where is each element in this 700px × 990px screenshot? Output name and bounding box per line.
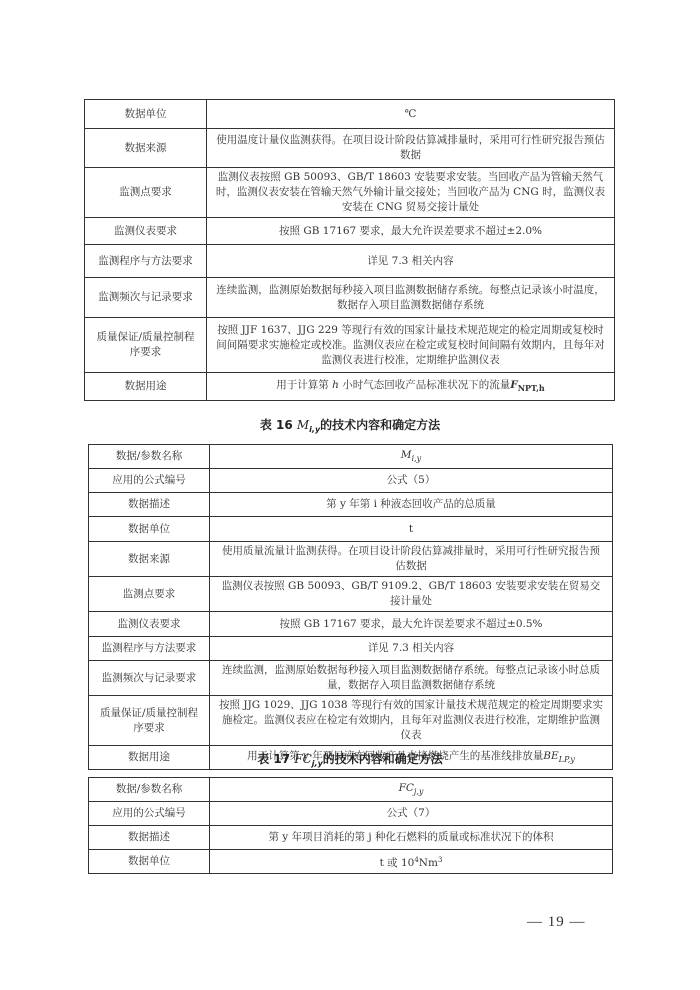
- row-label: 数据/参数名称: [89, 778, 210, 802]
- symbol-m-subscript: i,y: [412, 454, 422, 463]
- row-value: t: [210, 517, 613, 542]
- row-label: 数据描述: [89, 826, 210, 850]
- row-value: Mi,y: [210, 445, 613, 469]
- row-value: 使用质量流量计监测获得。在项目设计阶段估算减排量时，采用可行性研究报告预估数据: [210, 542, 613, 577]
- row-value: FCj,y: [210, 778, 613, 802]
- row-label: 应用的公式编号: [89, 469, 210, 493]
- caption-suffix: 的技术内容和确定方法: [323, 752, 443, 766]
- row-value: 用于计算第 h 小时气态回收产品标准状况下的流量FNPT,h: [207, 373, 615, 401]
- table-row: 数据描述 第 y 年第 i 种液态回收产品的总质量: [89, 493, 613, 517]
- row-value: 公式（7）: [210, 802, 613, 826]
- row-label: 数据来源: [89, 542, 210, 577]
- row-label: 监测程序与方法要求: [89, 637, 210, 661]
- row-label: 数据描述: [89, 493, 210, 517]
- table-row: 监测点要求 监测仪表按照 GB 50093、GB/T 18603 安装要求安装。…: [85, 168, 615, 218]
- row-value: 连续监测，监测原始数据每秒接入项目监测数据储存系统。每整点记录该小时总质量，数据…: [210, 661, 613, 696]
- table-row: 监测程序与方法要求 详见 7.3 相关内容: [85, 245, 615, 278]
- symbol-f-subscript: NPT,h: [518, 383, 545, 393]
- row-label: 质量保证/质量控制程序要求: [89, 696, 210, 746]
- unit-exponent-2: 3: [438, 856, 442, 864]
- row-value: 按照 GB 17167 要求，最大允许误差要求不超过±2.0%: [207, 218, 615, 245]
- row-label: 数据单位: [89, 517, 210, 542]
- usage-text-prefix: 用于计算第: [276, 379, 332, 391]
- row-value: 使用温度计量仪监测获得。在项目设计阶段估算减排量时，采用可行性研究报告预估数据: [207, 129, 615, 168]
- caption-symbol-subscript: j,y: [312, 759, 323, 768]
- row-label: 监测频次与记录要求: [89, 661, 210, 696]
- table-17-caption: 表 17 FCj,y的技术内容和确定方法: [0, 750, 700, 768]
- table-17: 数据/参数名称 FCj,y 应用的公式编号 公式（7） 数据描述 第 y 年项目…: [88, 777, 613, 874]
- symbol-fc-subscript: j,y: [414, 787, 424, 796]
- row-label: 数据单位: [89, 850, 210, 874]
- row-value: 公式（5）: [210, 469, 613, 493]
- row-value: 按照 JJG 1029、JJG 1038 等现行有效的国家计量技术规范规定的检定…: [210, 696, 613, 746]
- row-label: 数据用途: [85, 373, 207, 401]
- row-label: 质量保证/质量控制程序要求: [85, 318, 207, 373]
- unit-prefix: t 或 10: [380, 857, 415, 869]
- row-value: t 或 104Nm3: [210, 850, 613, 874]
- row-value: 详见 7.3 相关内容: [207, 245, 615, 278]
- table-16: 数据/参数名称 Mi,y 应用的公式编号 公式（5） 数据描述 第 y 年第 i…: [88, 444, 613, 770]
- table-row: 质量保证/质量控制程序要求 按照 JJF 1637、JJG 229 等现行有效的…: [85, 318, 615, 373]
- row-value: 第 y 年项目消耗的第 j 种化石燃料的质量或标准状况下的体积: [210, 826, 613, 850]
- table-row: 数据来源 使用温度计量仪监测获得。在项目设计阶段估算减排量时，采用可行性研究报告…: [85, 129, 615, 168]
- table-row: 监测仪表要求 按照 GB 17167 要求，最大允许误差要求不超过±2.0%: [85, 218, 615, 245]
- symbol-fc: FC: [399, 782, 414, 794]
- row-value: 第 y 年第 i 种液态回收产品的总质量: [210, 493, 613, 517]
- row-label: 数据来源: [85, 129, 207, 168]
- table-row: 数据/参数名称 Mi,y: [89, 445, 613, 469]
- caption-symbol: FC: [294, 752, 312, 766]
- symbol-m: M: [401, 449, 412, 461]
- table-row: 监测点要求 监测仪表按照 GB 50093、GB/T 9109.2、GB/T 1…: [89, 577, 613, 612]
- row-value: ℃: [207, 100, 615, 129]
- table-row: 监测频次与记录要求 连续监测，监测原始数据每秒接入项目监测数据储存系统。每整点记…: [89, 661, 613, 696]
- table-row: 应用的公式编号 公式（5）: [89, 469, 613, 493]
- unit-mid: Nm: [419, 857, 438, 869]
- row-label: 应用的公式编号: [89, 802, 210, 826]
- caption-symbol: M: [297, 418, 309, 432]
- table-16-caption: 表 16 Mi,y的技术内容和确定方法: [0, 416, 700, 434]
- row-label: 监测程序与方法要求: [85, 245, 207, 278]
- caption-prefix: 表 16: [260, 418, 297, 432]
- row-label: 监测点要求: [85, 168, 207, 218]
- table-row: 应用的公式编号 公式（7）: [89, 802, 613, 826]
- row-value: 监测仪表按照 GB 50093、GB/T 18603 安装要求安装。当回收产品为…: [207, 168, 615, 218]
- table-row: 数据单位 t: [89, 517, 613, 542]
- table-row: 数据描述 第 y 年项目消耗的第 j 种化石燃料的质量或标准状况下的体积: [89, 826, 613, 850]
- symbol-f: F: [510, 379, 517, 391]
- caption-prefix: 表 17: [257, 752, 294, 766]
- table-row: 监测仪表要求 按照 GB 17167 要求，最大允许误差要求不超过±0.5%: [89, 612, 613, 637]
- row-label: 数据/参数名称: [89, 445, 210, 469]
- row-value: 按照 JJF 1637、JJG 229 等现行有效的国家计量技术规范规定的检定周…: [207, 318, 615, 373]
- variable-h: h: [332, 379, 339, 391]
- row-label: 监测仪表要求: [89, 612, 210, 637]
- table-row: 监测程序与方法要求 详见 7.3 相关内容: [89, 637, 613, 661]
- row-label: 数据单位: [85, 100, 207, 129]
- table-row: 数据来源 使用质量流量计监测获得。在项目设计阶段估算减排量时，采用可行性研究报告…: [89, 542, 613, 577]
- row-value: 连续监测，监测原始数据每秒接入项目监测数据储存系统。每整点记录该小时温度，数据存…: [207, 278, 615, 318]
- row-label: 监测频次与记录要求: [85, 278, 207, 318]
- page-number: — 19 —: [527, 914, 586, 931]
- table-row: 数据用途 用于计算第 h 小时气态回收产品标准状况下的流量FNPT,h: [85, 373, 615, 401]
- row-value: 详见 7.3 相关内容: [210, 637, 613, 661]
- row-label: 监测点要求: [89, 577, 210, 612]
- row-value: 按照 GB 17167 要求，最大允许误差要求不超过±0.5%: [210, 612, 613, 637]
- usage-text-mid: 小时气态回收产品标准状况下的流量: [339, 379, 510, 391]
- table-row: 数据/参数名称 FCj,y: [89, 778, 613, 802]
- table-row: 质量保证/质量控制程序要求 按照 JJG 1029、JJG 1038 等现行有效…: [89, 696, 613, 746]
- table-row: 数据单位 ℃: [85, 100, 615, 129]
- caption-suffix: 的技术内容和确定方法: [320, 418, 440, 432]
- table-row: 数据单位 t 或 104Nm3: [89, 850, 613, 874]
- row-label: 监测仪表要求: [85, 218, 207, 245]
- table-row: 监测频次与记录要求 连续监测，监测原始数据每秒接入项目监测数据储存系统。每整点记…: [85, 278, 615, 318]
- caption-symbol-subscript: i,y: [309, 425, 320, 434]
- row-value: 监测仪表按照 GB 50093、GB/T 9109.2、GB/T 18603 安…: [210, 577, 613, 612]
- table-15-continued: 数据单位 ℃ 数据来源 使用温度计量仪监测获得。在项目设计阶段估算减排量时，采用…: [84, 99, 615, 401]
